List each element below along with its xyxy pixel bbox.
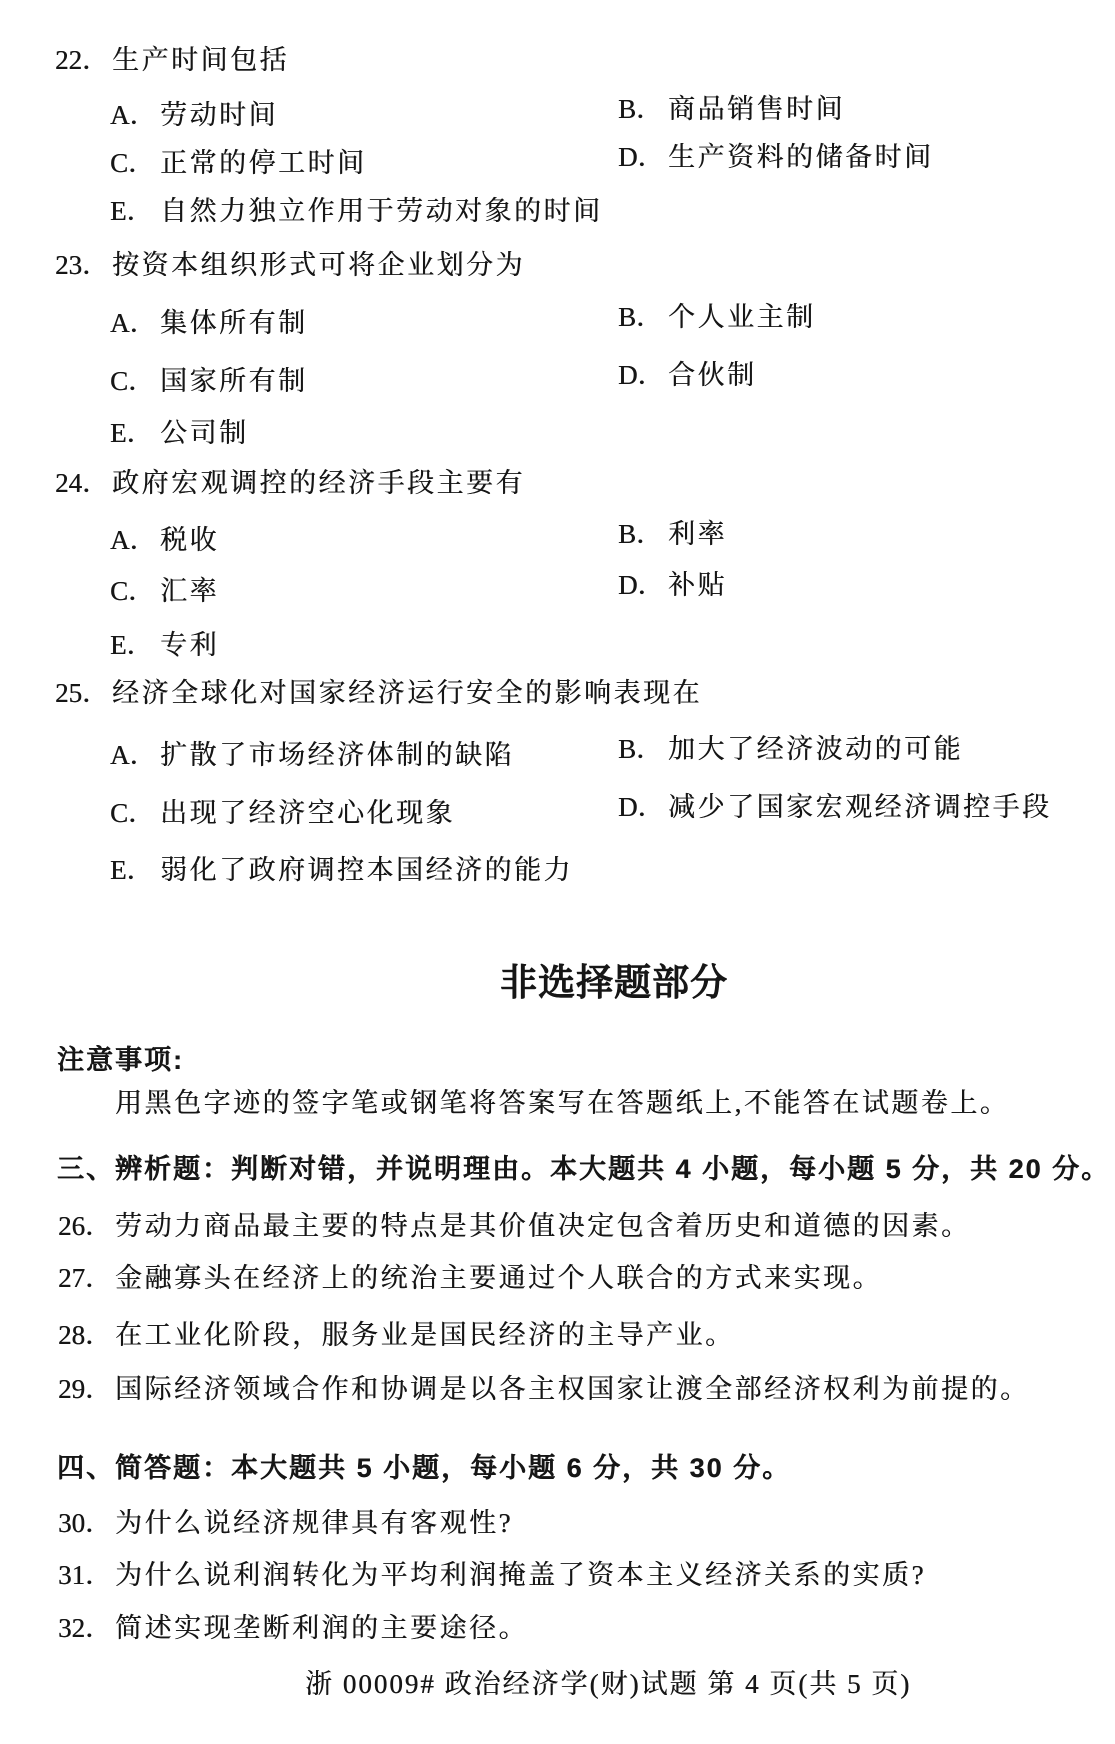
notice-body: 用黑色字迹的签字笔或钢笔将答案写在答题纸上,不能答在试题卷上。 — [115, 1088, 1009, 1119]
question-26-number: 26． — [58, 1211, 115, 1242]
option-text: 生产资料的储备时间 — [668, 142, 934, 172]
question-22-stem: 22．生产时间包括 — [55, 45, 289, 76]
question-27-number: 27． — [58, 1263, 115, 1294]
option-label: E． — [110, 418, 160, 449]
option-text: 扩散了市场经济体制的缺陷 — [160, 740, 514, 770]
question-24-option-c: C．汇率 — [110, 576, 219, 607]
question-25-option-e: E．弱化了政府调控本国经济的能力 — [110, 855, 573, 886]
option-label: E． — [110, 630, 160, 661]
question-28: 28．在工业化阶段，服务业是国民经济的主导产业。 — [58, 1320, 735, 1351]
question-25-stem: 25．经济全球化对国家经济运行安全的影响表现在 — [55, 678, 702, 709]
question-30-number: 30． — [58, 1508, 115, 1539]
option-text: 税收 — [160, 525, 219, 555]
question-31: 31．为什么说利润转化为平均利润掩盖了资本主义经济关系的实质? — [58, 1560, 926, 1591]
question-23-option-e: E．公司制 — [110, 418, 249, 449]
question-31-text: 为什么说利润转化为平均利润掩盖了资本主义经济关系的实质? — [115, 1560, 926, 1590]
page-footer: 浙 00009# 政治经济学(财)试题 第 4 页(共 5 页) — [305, 1669, 911, 1700]
question-25-option-c: C．出现了经济空心化现象 — [110, 798, 455, 829]
question-24-text: 政府宏观调控的经济手段主要有 — [112, 468, 525, 498]
question-32-text: 简述实现垄断利润的主要途径。 — [115, 1613, 528, 1643]
option-text: 集体所有制 — [160, 308, 308, 338]
question-22-option-d: D．生产资料的储备时间 — [618, 142, 934, 173]
option-text: 正常的停工时间 — [160, 148, 367, 178]
question-25-text: 经济全球化对国家经济运行安全的影响表现在 — [112, 678, 702, 708]
question-24-option-a: A．税收 — [110, 525, 219, 556]
option-label: D． — [618, 142, 668, 173]
question-30-text: 为什么说经济规律具有客观性? — [115, 1508, 513, 1538]
option-text: 商品销售时间 — [668, 94, 845, 124]
section-3-header: 三、辨析题：判断对错，并说明理由。本大题共 4 小题，每小题 5 分，共 20 … — [57, 1154, 1110, 1185]
question-24-option-b: B．利率 — [618, 519, 727, 550]
option-text: 汇率 — [160, 576, 219, 606]
option-label: C． — [110, 148, 160, 179]
question-25-option-d: D．减少了国家宏观经济调控手段 — [618, 792, 1052, 823]
option-text: 利率 — [668, 519, 727, 549]
question-22-option-e: E．自然力独立作用于劳动对象的时间 — [110, 196, 603, 227]
question-27: 27．金融寡头在经济上的统治主要通过个人联合的方式来实现。 — [58, 1263, 882, 1294]
option-text: 个人业主制 — [668, 302, 816, 332]
option-label: B． — [618, 302, 668, 333]
question-23-option-b: B．个人业主制 — [618, 302, 816, 333]
option-label: C． — [110, 798, 160, 829]
question-30: 30．为什么说经济规律具有客观性? — [58, 1508, 513, 1539]
question-24-number: 24． — [55, 468, 112, 499]
option-label: A． — [110, 525, 160, 556]
option-text: 补贴 — [668, 570, 727, 600]
question-25-option-a: A．扩散了市场经济体制的缺陷 — [110, 740, 514, 771]
option-label: B． — [618, 734, 668, 765]
question-24-stem: 24．政府宏观调控的经济手段主要有 — [55, 468, 525, 499]
question-22-option-c: C．正常的停工时间 — [110, 148, 367, 179]
question-31-number: 31． — [58, 1560, 115, 1591]
question-29-number: 29． — [58, 1374, 115, 1405]
option-text: 劳动时间 — [160, 100, 278, 130]
question-25-option-b: B．加大了经济波动的可能 — [618, 734, 963, 765]
question-23-option-a: A．集体所有制 — [110, 308, 308, 339]
option-label: A． — [110, 740, 160, 771]
option-text: 弱化了政府调控本国经济的能力 — [160, 855, 573, 885]
option-label: A． — [110, 308, 160, 339]
option-text: 合伙制 — [668, 360, 757, 390]
question-29: 29．国际经济领域合作和协调是以各主权国家让渡全部经济权利为前提的。 — [58, 1374, 1030, 1405]
option-label: B． — [618, 519, 668, 550]
section-4-header: 四、简答题：本大题共 5 小题，每小题 6 分，共 30 分。 — [57, 1453, 791, 1484]
option-label: B． — [618, 94, 668, 125]
option-label: A． — [110, 100, 160, 131]
option-text: 专利 — [160, 630, 219, 660]
option-label: D． — [618, 570, 668, 601]
question-25-number: 25． — [55, 678, 112, 709]
option-text: 减少了国家宏观经济调控手段 — [668, 792, 1052, 822]
question-23-text: 按资本组织形式可将企业划分为 — [112, 250, 525, 280]
question-22-option-a: A．劳动时间 — [110, 100, 278, 131]
question-27-text: 金融寡头在经济上的统治主要通过个人联合的方式来实现。 — [115, 1263, 882, 1293]
question-22-text: 生产时间包括 — [112, 45, 289, 75]
question-26: 26．劳动力商品最主要的特点是其价值决定包含着历史和道德的因素。 — [58, 1211, 971, 1242]
notice-title: 注意事项: — [57, 1045, 184, 1076]
question-23-option-d: D．合伙制 — [618, 360, 757, 391]
section-heading: 非选择题部分 — [500, 962, 728, 1005]
option-text: 加大了经济波动的可能 — [668, 734, 963, 764]
option-text: 自然力独立作用于劳动对象的时间 — [160, 196, 603, 226]
question-22-number: 22． — [55, 45, 112, 76]
question-29-text: 国际经济领域合作和协调是以各主权国家让渡全部经济权利为前提的。 — [115, 1374, 1030, 1404]
question-22-option-b: B．商品销售时间 — [618, 94, 845, 125]
question-24-option-e: E．专利 — [110, 630, 219, 661]
option-text: 公司制 — [160, 418, 249, 448]
option-label: C． — [110, 576, 160, 607]
option-label: D． — [618, 360, 668, 391]
option-label: E． — [110, 196, 160, 227]
question-32: 32．简述实现垄断利润的主要途径。 — [58, 1613, 528, 1644]
question-28-text: 在工业化阶段，服务业是国民经济的主导产业。 — [115, 1320, 735, 1350]
question-23-stem: 23．按资本组织形式可将企业划分为 — [55, 250, 525, 281]
option-label: D． — [618, 792, 668, 823]
option-text: 国家所有制 — [160, 366, 308, 396]
option-label: C． — [110, 366, 160, 397]
question-28-number: 28． — [58, 1320, 115, 1351]
exam-page: 22．生产时间包括 A．劳动时间 B．商品销售时间 C．正常的停工时间 D．生产… — [0, 0, 1115, 1744]
question-26-text: 劳动力商品最主要的特点是其价值决定包含着历史和道德的因素。 — [115, 1211, 971, 1241]
question-23-number: 23． — [55, 250, 112, 281]
option-label: E． — [110, 855, 160, 886]
question-24-option-d: D．补贴 — [618, 570, 727, 601]
question-23-option-c: C．国家所有制 — [110, 366, 308, 397]
question-32-number: 32． — [58, 1613, 115, 1644]
option-text: 出现了经济空心化现象 — [160, 798, 455, 828]
